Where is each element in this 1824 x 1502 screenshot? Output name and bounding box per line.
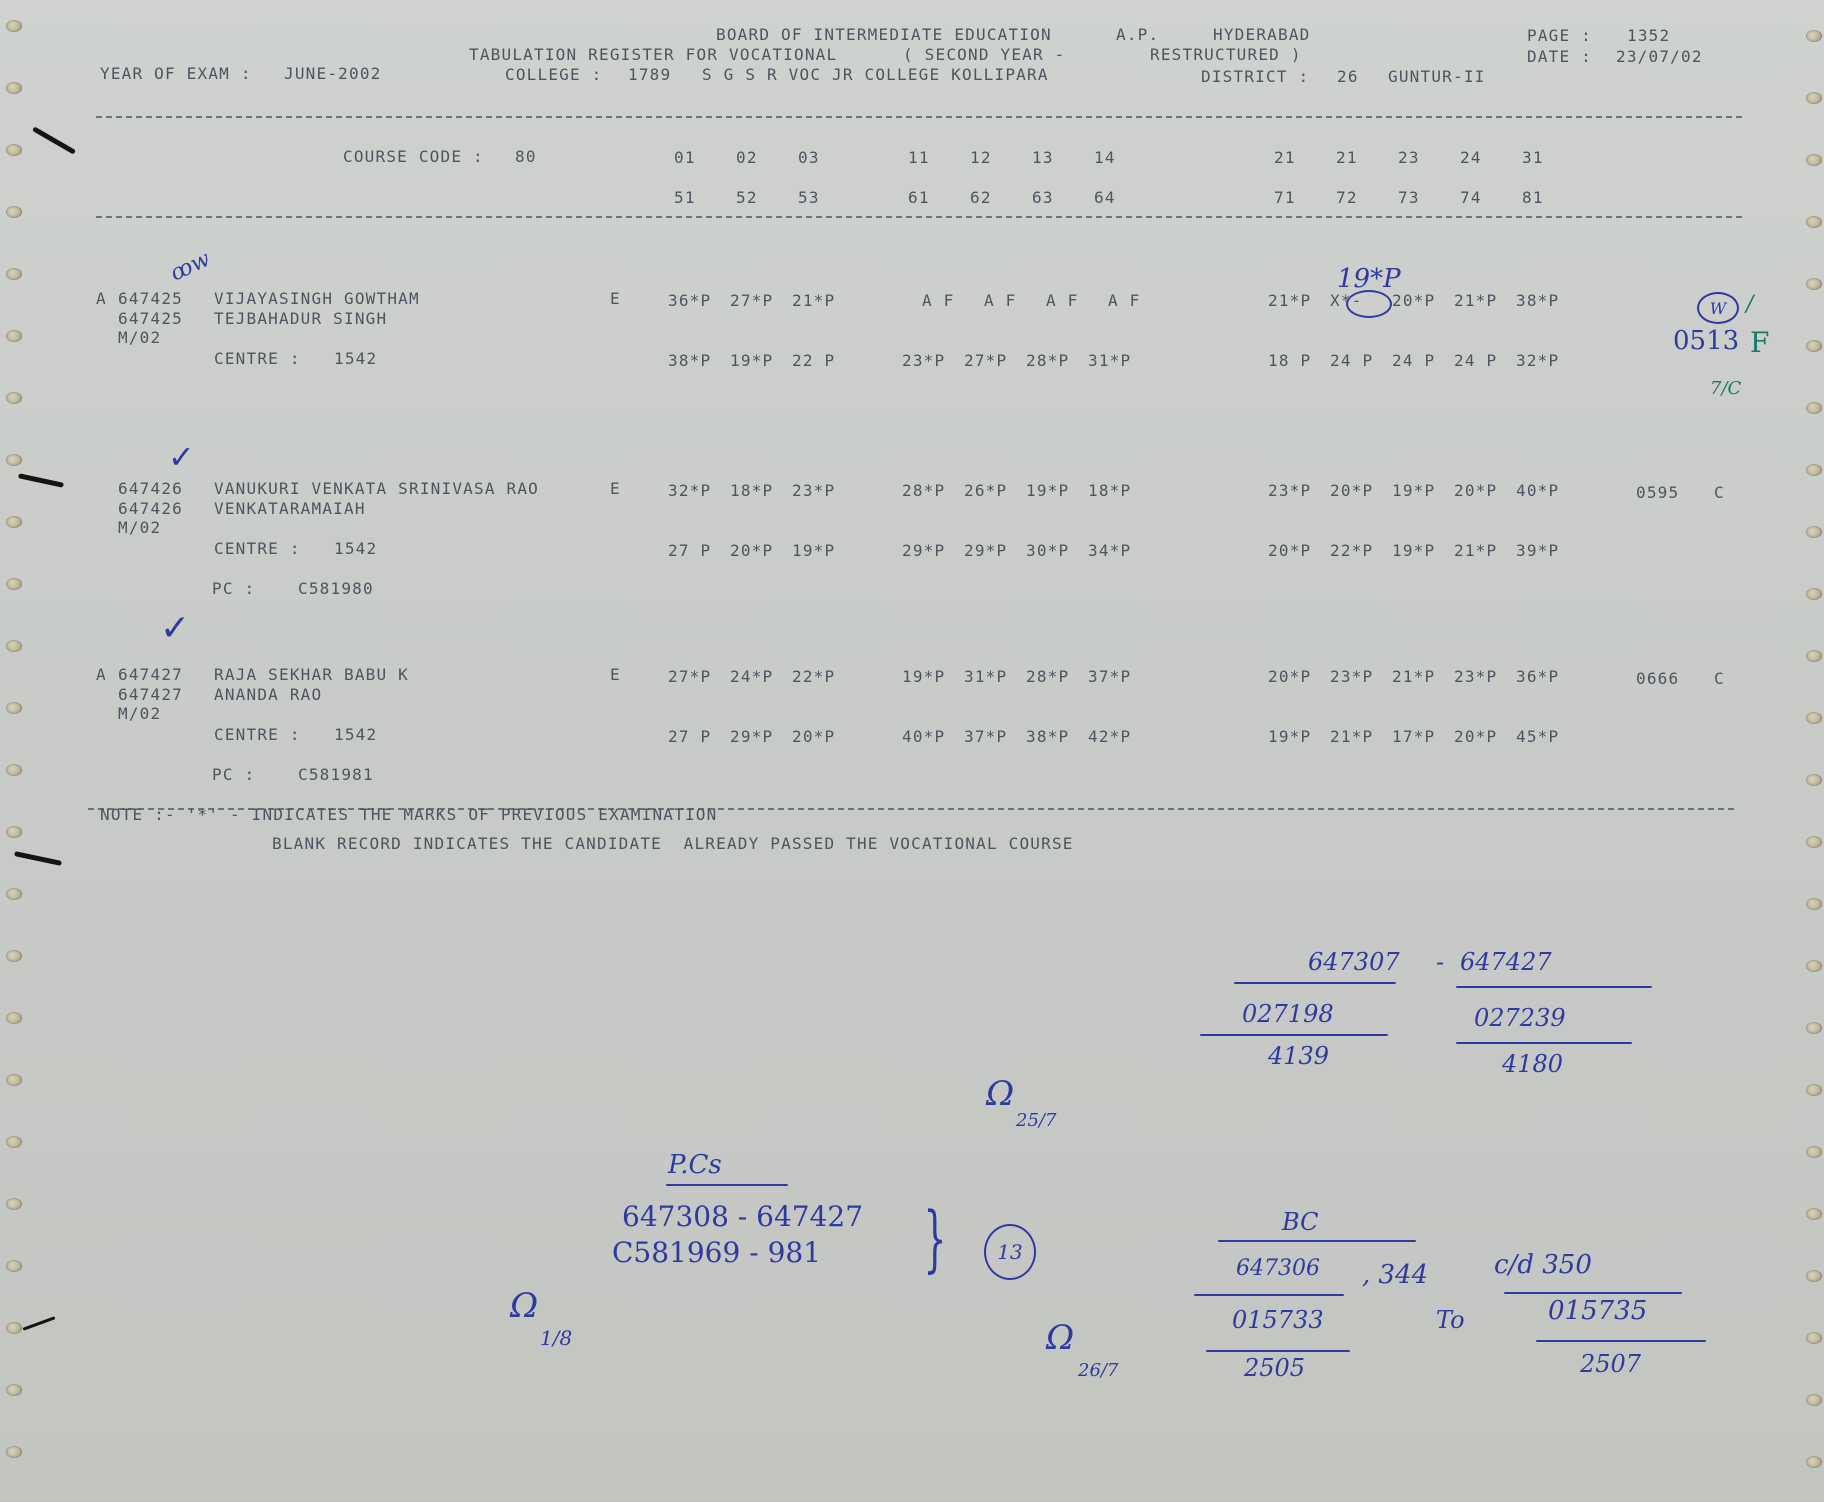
district-code: 26 (1337, 68, 1359, 86)
subject-mark: 20*P (792, 728, 835, 746)
bc-to-label: To (1436, 1306, 1465, 1334)
subject-mark: 27 P (668, 542, 711, 560)
year-type: ( SECOND YEAR - (903, 46, 1066, 64)
restructured-label: RESTRUCTURED ) (1150, 46, 1302, 64)
feed-hole (1806, 464, 1822, 476)
bc-left-result: 2505 (1244, 1354, 1305, 1382)
college-name: S G S R VOC JR COLLEGE KOLLIPARA (702, 66, 1049, 84)
board-name: BOARD OF INTERMEDIATE EDUCATION (716, 26, 1052, 44)
bc-end-number: c/d 350 (1494, 1250, 1592, 1280)
centre-number: 1542 (334, 350, 377, 368)
pc-label: PC : (212, 766, 255, 784)
calc-range-start: 647307 (1308, 948, 1400, 976)
subject-code: 71 (1274, 189, 1296, 207)
subject-mark: 30*P (1026, 542, 1069, 560)
medium: E (610, 666, 621, 684)
right-feed-holes (1794, 0, 1824, 1502)
divider-line (96, 116, 1742, 118)
subject-mark: 36*P (668, 292, 711, 310)
binding-thread (32, 126, 76, 154)
subject-mark: A F (984, 292, 1017, 310)
calc-range-end: 647427 (1460, 948, 1552, 976)
initial-signature: Ω (510, 1286, 538, 1326)
subject-mark: 32*P (1516, 352, 1559, 370)
pcs-count-circle: 13 (984, 1224, 1036, 1280)
subject-mark: A F (1108, 292, 1141, 310)
bc-right-result: 2507 (1580, 1350, 1641, 1378)
feed-hole (6, 1074, 22, 1086)
ink-underline (1206, 1350, 1350, 1352)
feed-hole (6, 144, 22, 156)
calc-left-result: 4139 (1268, 1042, 1329, 1070)
reference-number: 647425 (118, 310, 183, 328)
feed-hole (6, 330, 22, 342)
subject-code: 61 (908, 189, 930, 207)
subject-code: 73 (1398, 189, 1420, 207)
feed-hole (1806, 650, 1822, 662)
subject-mark: 19*P (1026, 482, 1069, 500)
subject-mark: 23*P (1454, 668, 1497, 686)
subject-code: 24 (1460, 149, 1482, 167)
subject-mark: 23*P (792, 482, 835, 500)
circled-w-mark: W (1697, 292, 1739, 324)
hall-ticket-number: 647427 (118, 666, 183, 684)
subject-mark: 20*P (1454, 728, 1497, 746)
subject-mark: 39*P (1516, 542, 1559, 560)
page-number: 1352 (1627, 27, 1670, 45)
ink-underline (1234, 982, 1396, 984)
subject-mark: 24 P (1454, 352, 1497, 370)
feed-hole (6, 206, 22, 218)
ink-underline (1218, 1240, 1416, 1242)
feed-hole (6, 82, 22, 94)
subject-mark: 18*P (1088, 482, 1131, 500)
total-marks: 0666 (1636, 670, 1679, 688)
ink-underline (1200, 1034, 1388, 1036)
feed-hole (1806, 898, 1822, 910)
subject-code: 01 (674, 149, 696, 167)
note-line-2: BLANK RECORD INDICATES THE CANDIDATE ALR… (272, 835, 1074, 853)
subject-mark: 20*P (1268, 668, 1311, 686)
subject-code: 64 (1094, 189, 1116, 207)
hall-ticket-number: 647426 (118, 480, 183, 498)
left-feed-holes (0, 0, 30, 1502)
tabulation-register-sheet: BOARD OF INTERMEDIATE EDUCATION A.P. HYD… (0, 0, 1824, 1502)
subject-mark: 38*P (1026, 728, 1069, 746)
subject-mark: 37*P (1088, 668, 1131, 686)
ink-underline (1194, 1294, 1344, 1296)
subject-mark: 22*P (1330, 542, 1373, 560)
subject-mark: 38*P (668, 352, 711, 370)
subject-code: 74 (1460, 189, 1482, 207)
bc-start-number: 647306 (1236, 1256, 1320, 1281)
subject-mark: 27*P (730, 292, 773, 310)
feed-hole (6, 516, 22, 528)
feed-hole (1806, 402, 1822, 414)
subject-mark: 24 P (1392, 352, 1435, 370)
date-label: DATE : (1527, 48, 1592, 66)
pcs-label: P.Cs (668, 1150, 722, 1180)
subject-mark: 21*P (1330, 728, 1373, 746)
centre-number: 1542 (334, 540, 377, 558)
feed-hole (6, 702, 22, 714)
subject-mark: 21*P (1454, 542, 1497, 560)
centre-label: CENTRE : (214, 726, 301, 744)
calc-right-number: 027239 (1474, 1004, 1566, 1032)
feed-hole (6, 1012, 22, 1024)
feed-hole (1806, 774, 1822, 786)
subject-mark: 18 P (1268, 352, 1311, 370)
course-code: 80 (515, 148, 537, 166)
subject-mark: 27*P (668, 668, 711, 686)
subject-mark: 19*P (1268, 728, 1311, 746)
subject-code: 52 (736, 189, 758, 207)
feed-hole (6, 578, 22, 590)
curly-brace: } (923, 1196, 946, 1280)
subject-mark: 31*P (964, 668, 1007, 686)
subject-mark: 19*P (730, 352, 773, 370)
feed-hole (6, 268, 22, 280)
subject-mark: 20*P (1268, 542, 1311, 560)
college-code: 1789 (628, 66, 671, 84)
handwritten-total: 0513 (1673, 326, 1739, 356)
feed-hole (6, 888, 22, 900)
centre-label: CENTRE : (214, 350, 301, 368)
initial-date: 1/8 (540, 1326, 572, 1350)
feed-hole (6, 392, 22, 404)
medium: E (610, 480, 621, 498)
bc-extra-number: , 344 (1362, 1260, 1428, 1290)
feed-hole (1806, 1332, 1822, 1344)
feed-hole (6, 1384, 22, 1396)
feed-hole (1806, 960, 1822, 972)
subject-mark: 26*P (964, 482, 1007, 500)
feed-hole (6, 1446, 22, 1458)
subject-mark: 28*P (1026, 352, 1069, 370)
subject-mark: 24*P (730, 668, 773, 686)
subject-mark: 38*P (1516, 292, 1559, 310)
initial-signature: Ω (986, 1074, 1014, 1114)
district-label: DISTRICT : (1201, 68, 1309, 86)
initial-date: 25/7 (1016, 1110, 1056, 1131)
subject-mark: 28*P (902, 482, 945, 500)
subject-mark: 20*P (1392, 292, 1435, 310)
subject-mark: A F (922, 292, 955, 310)
candidate-name: VIJAYASINGH GOWTHAM (214, 290, 420, 308)
handwritten-result: F (1750, 326, 1769, 359)
candidate-name: RAJA SEKHAR BABU K (214, 666, 409, 684)
father-name: VENKATARAMAIAH (214, 500, 366, 518)
calc-left-number: 027198 (1242, 1000, 1334, 1028)
subject-mark: 19*P (1392, 542, 1435, 560)
feed-hole (6, 1136, 22, 1148)
subject-mark: 21*P (792, 292, 835, 310)
subject-mark: 37*P (964, 728, 1007, 746)
reference-number: 647427 (118, 686, 183, 704)
subject-mark: 21*P (1454, 292, 1497, 310)
feed-hole (1806, 154, 1822, 166)
subject-code: 03 (798, 149, 820, 167)
subject-mark: 18*P (730, 482, 773, 500)
feed-hole (1806, 712, 1822, 724)
pc-label: PC : (212, 580, 255, 598)
subject-mark: 21*P (1268, 292, 1311, 310)
pcs-range-2: C581969 - 981 (612, 1236, 821, 1269)
ink-underline (666, 1184, 788, 1186)
subject-mark: A F (1046, 292, 1079, 310)
district-name: GUNTUR-II (1388, 68, 1486, 86)
subject-code: 62 (970, 189, 992, 207)
subject-mark: 27 P (668, 728, 711, 746)
centre-label: CENTRE : (214, 540, 301, 558)
subject-code: 21 (1336, 149, 1358, 167)
handwritten-initials: 7/C (1710, 378, 1741, 399)
feed-hole (1806, 1084, 1822, 1096)
candidate-prefix: A (96, 290, 107, 308)
subject-mark: 34*P (1088, 542, 1131, 560)
initial-signature: Ω (1046, 1318, 1074, 1358)
subject-code: 81 (1522, 189, 1544, 207)
subject-mark: 27*P (964, 352, 1007, 370)
subject-mark: 28*P (1026, 668, 1069, 686)
subject-mark: 22 P (792, 352, 835, 370)
divider-line (96, 216, 1742, 218)
tick-mark-icon: ✓ (168, 438, 195, 476)
subject-mark: 29*P (730, 728, 773, 746)
subject-mark: 23*P (1268, 482, 1311, 500)
feed-hole (1806, 1456, 1822, 1468)
note-line-1: NOTE :- '*' - INDICATES THE MARKS OF PRE… (100, 806, 717, 824)
subject-code: 21 (1274, 149, 1296, 167)
initial-date: 26/7 (1078, 1360, 1118, 1381)
subject-code: 13 (1032, 149, 1054, 167)
subject-mark: 40*P (1516, 482, 1559, 500)
subject-code: 23 (1398, 149, 1420, 167)
year-of-exam: JUNE-2002 (284, 65, 382, 83)
subject-code: 53 (798, 189, 820, 207)
tick-mark-icon: ✓ (160, 608, 190, 649)
subject-mark: 23*P (902, 352, 945, 370)
father-name: TEJBAHADUR SINGH (214, 310, 387, 328)
board-city: HYDERABAD (1213, 26, 1311, 44)
subject-mark: 36*P (1516, 668, 1559, 686)
subject-code: 51 (674, 189, 696, 207)
hall-ticket-number: 647425 (118, 290, 183, 308)
ink-underline (1504, 1292, 1682, 1294)
feed-hole (6, 826, 22, 838)
pc-number: C581981 (298, 766, 374, 784)
subject-mark: 40*P (902, 728, 945, 746)
total-marks: 0595 (1636, 484, 1679, 502)
subject-mark: X*- (1330, 292, 1363, 310)
candidate-category: M/02 (118, 329, 161, 347)
ink-underline (1456, 986, 1652, 988)
candidate-name: VANUKURI VENKATA SRINIVASA RAO (214, 480, 539, 498)
green-tick-icon: / (1746, 292, 1753, 317)
subject-mark: 19*P (792, 542, 835, 560)
pc-number: C581980 (298, 580, 374, 598)
subject-mark: 19*P (1392, 482, 1435, 500)
subject-mark: 23*P (1330, 668, 1373, 686)
feed-hole (6, 950, 22, 962)
course-code-label: COURSE CODE : (343, 148, 484, 166)
subject-mark: 20*P (730, 542, 773, 560)
feed-hole (1806, 278, 1822, 290)
subject-mark: 20*P (1330, 482, 1373, 500)
centre-number: 1542 (334, 726, 377, 744)
candidate-category: M/02 (118, 705, 161, 723)
subject-mark: 24 P (1330, 352, 1373, 370)
medium: E (610, 290, 621, 308)
subject-mark: 45*P (1516, 728, 1559, 746)
ink-underline (1536, 1340, 1706, 1342)
feed-hole (1806, 526, 1822, 538)
result-code: C (1714, 670, 1725, 688)
feed-hole (6, 1198, 22, 1210)
candidate-category: M/02 (118, 519, 161, 537)
bc-label: BC (1282, 1208, 1318, 1236)
subject-mark: 42*P (1088, 728, 1131, 746)
feed-hole (6, 1322, 22, 1334)
bc-right-number: 015735 (1548, 1296, 1647, 1326)
feed-hole (1806, 216, 1822, 228)
subject-code: 11 (908, 149, 930, 167)
year-of-exam-label: YEAR OF EXAM : (100, 65, 252, 83)
subject-mark: 19*P (902, 668, 945, 686)
ink-underline (1456, 1042, 1632, 1044)
board-state: A.P. (1116, 26, 1159, 44)
feed-hole (1806, 92, 1822, 104)
feed-hole (1806, 836, 1822, 848)
register-title: TABULATION REGISTER FOR VOCATIONAL (469, 46, 837, 64)
page-label: PAGE : (1527, 27, 1592, 45)
subject-code: 02 (736, 149, 758, 167)
print-date: 23/07/02 (1616, 48, 1703, 66)
subject-code: 31 (1522, 149, 1544, 167)
feed-hole (1806, 1146, 1822, 1158)
subject-code: 12 (970, 149, 992, 167)
subject-code: 63 (1032, 189, 1054, 207)
feed-hole (6, 764, 22, 776)
feed-hole (1806, 1022, 1822, 1034)
feed-hole (6, 20, 22, 32)
college-label: COLLEGE : (505, 66, 603, 84)
subject-code: 14 (1094, 149, 1116, 167)
reference-number: 647426 (118, 500, 183, 518)
subject-code: 72 (1336, 189, 1358, 207)
subject-mark: 31*P (1088, 352, 1131, 370)
feed-hole (6, 1260, 22, 1272)
subject-mark: 29*P (964, 542, 1007, 560)
feed-hole (1806, 340, 1822, 352)
feed-hole (1806, 1394, 1822, 1406)
subject-mark: 29*P (902, 542, 945, 560)
result-code: C (1714, 484, 1725, 502)
father-name: ANANDA RAO (214, 686, 322, 704)
handwritten-signature: ꝏw (167, 247, 215, 287)
feed-hole (1806, 1208, 1822, 1220)
feed-hole (1806, 588, 1822, 600)
feed-hole (1806, 30, 1822, 42)
subject-mark: 20*P (1454, 482, 1497, 500)
subject-mark: 21*P (1392, 668, 1435, 686)
calc-right-result: 4180 (1502, 1050, 1563, 1078)
calc-range-separator: - (1436, 948, 1444, 976)
pcs-range-1: 647308 - 647427 (622, 1200, 863, 1233)
candidate-prefix: A (96, 666, 107, 684)
feed-hole (1806, 1270, 1822, 1282)
feed-hole (6, 454, 22, 466)
subject-mark: 32*P (668, 482, 711, 500)
feed-hole (6, 640, 22, 652)
subject-mark: 17*P (1392, 728, 1435, 746)
bc-left-number: 015733 (1232, 1306, 1324, 1334)
subject-mark: 22*P (792, 668, 835, 686)
